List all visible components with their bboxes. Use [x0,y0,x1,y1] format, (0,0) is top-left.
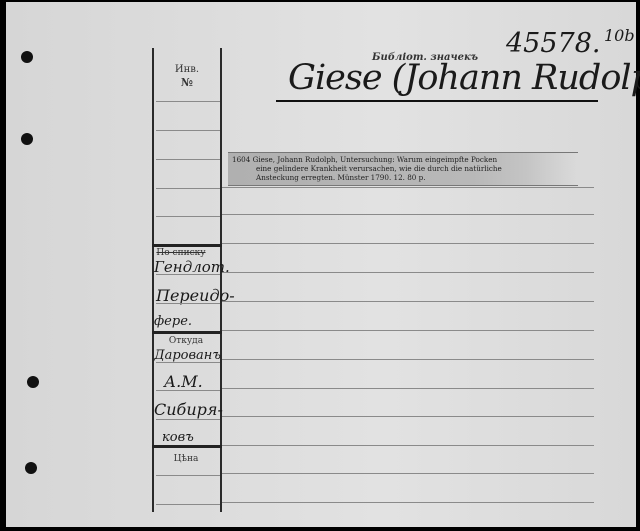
section-divider [152,244,222,247]
rule [156,274,220,275]
punch-hole [27,376,39,388]
rule [222,502,594,503]
number-label: № [156,76,218,89]
source-value-3: Сибиря- [154,400,223,419]
rule [156,504,220,505]
rule [156,130,220,131]
left-column-border [152,48,154,512]
author-underline [276,100,598,102]
rule [222,388,594,389]
call-number-suffix: 10b [604,26,635,45]
rule [222,301,594,302]
catalog-card: Инв. № По списку Гендлот. Переидо- фере.… [6,2,636,527]
rule [222,187,594,188]
entry-line-3: Ansteckung erregten. Münster 1790. 12. 8… [232,173,572,182]
rule [222,330,594,331]
rule [156,362,220,363]
entry-line-2: eine gelindere Krankheit verursachen, wi… [232,164,572,173]
rule [156,390,220,391]
entry-line-1: 1604 Giese, Johann Rudolph, Untersuchung… [232,155,572,164]
rule [156,216,220,217]
source-value-4: ковъ [162,430,194,445]
pasted-bibliographic-entry: 1604 Giese, Johann Rudolph, Untersuchung… [228,152,578,186]
source-label: Откуда [166,336,206,346]
by-list-value-3: фере. [154,314,192,329]
section-divider [152,331,222,334]
rule [222,416,594,417]
price-label: Цѣна [166,454,206,464]
rule [156,101,220,102]
punch-hole [21,133,33,145]
punch-hole [21,51,33,63]
rule [222,243,594,244]
rule [222,473,594,474]
rule [156,419,220,420]
inv-label: Инв. [156,64,218,75]
rule [222,359,594,360]
rule [156,159,220,160]
rule [156,188,220,189]
punch-hole [25,462,37,474]
rule [156,475,220,476]
call-number: 45578. [506,28,600,59]
rule [222,214,594,215]
rule [222,272,594,273]
rule [222,445,594,446]
section-divider [152,445,222,448]
source-value-2: А.М. [164,372,203,391]
author-heading: Giese (Johann Rudolph) [288,58,640,98]
source-value-1: Дарованъ [154,348,221,363]
by-list-label: По списку [156,248,206,258]
rule [156,303,220,304]
left-column-divider [220,48,222,512]
